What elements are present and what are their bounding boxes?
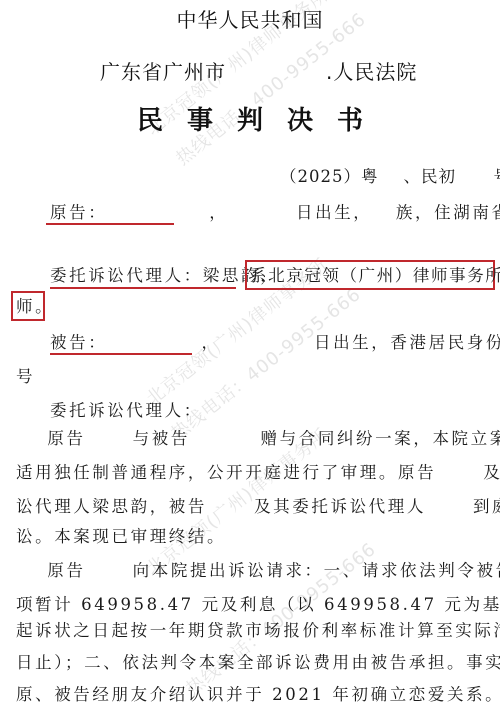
country-title: 中华人民共和国 xyxy=(0,4,500,33)
defendant-agent: 委托诉讼代理人： xyxy=(50,400,203,422)
body-line: 原告 向本院提出诉讼请求：一、请求依法判令被告返还款 xyxy=(16,560,500,582)
body-line: 原告 与被告 赠与合同纠纷一案，本院立案后，依法 xyxy=(16,428,500,450)
court-name: 广东省广州市.人民法院 xyxy=(100,56,417,85)
plaintiff-details: 日出生， 族，住湖南省 xyxy=(296,202,500,224)
defendant-details: 日出生，香港居民身份证 xyxy=(314,332,500,354)
body-line: 适用独任制普通程序，公开开庭进行了审理。原告 及其委托诉 xyxy=(16,462,500,484)
document-type-title: 民事判决书 xyxy=(0,100,500,137)
case-number: （2025）粤 、民初 号 xyxy=(280,166,500,188)
agent-firm: 系北京冠领（广州）律师事务所律 xyxy=(250,265,500,287)
defendant-details-wrap: 号 xyxy=(16,366,35,388)
body-line: 讼代理人梁思韵，被告 及其委托诉讼代理人 到庭参加诉 xyxy=(16,496,500,518)
body-line: 原、被告经朋友介绍认识并于 2021 年初确立恋爱关系。确立恋爱 xyxy=(16,684,500,706)
defendant-label: 被告： ， xyxy=(50,332,221,354)
plaintiff-underline xyxy=(46,223,174,225)
body-line: 起诉状之日起按一年期贷款市场报价利率标准计算至实际清偿之 xyxy=(16,620,500,642)
defendant-underline xyxy=(50,353,192,355)
agent-underline xyxy=(50,287,236,289)
body-line: 项暂计 649958.47 元及利息（以 649958.47 元为基数，从被告收… xyxy=(16,594,500,616)
plaintiff-label: 原告： ， xyxy=(50,202,228,224)
body-line: 讼。本案现已审理终结。 xyxy=(16,526,226,548)
body-line: 日止）；二、依法判令本案全部诉讼费用由被告承担。事实和理由： xyxy=(16,652,500,674)
agent-firm-end: 师。 xyxy=(16,296,54,318)
